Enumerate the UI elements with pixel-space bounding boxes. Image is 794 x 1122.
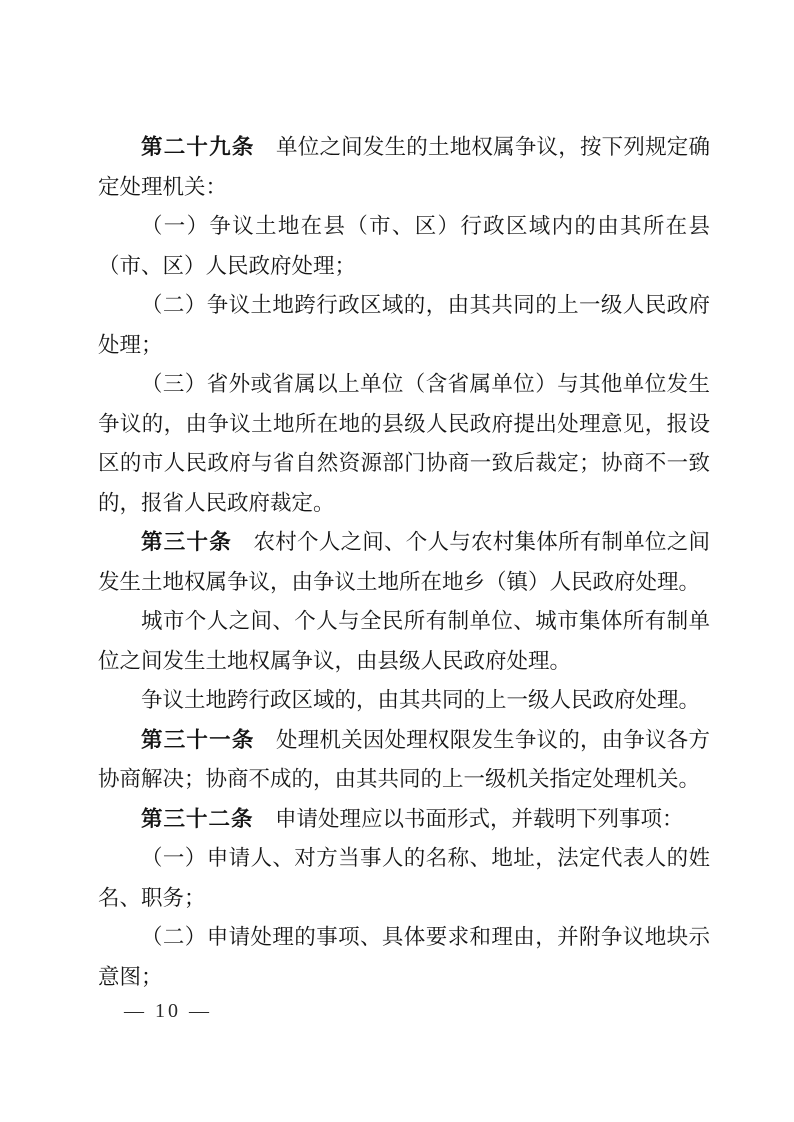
paragraph-text: （一）争议土地在县（市、区）行政区域内的由其所在县（市、区）人民政府处理； bbox=[98, 214, 710, 278]
paragraph-text: （一）申请人、对方当事人的名称、地址，法定代表人的姓名、职务； bbox=[98, 846, 710, 910]
article-number: 第二十九条 bbox=[141, 135, 255, 159]
paragraph-item-2b: （二）申请处理的事项、具体要求和理由，并附争议地块示意图； bbox=[98, 918, 710, 997]
paragraph-text: （二）申请处理的事项、具体要求和理由，并附争议地块示意图； bbox=[98, 925, 710, 989]
paragraph-article-29: 第二十九条单位之间发生的土地权属争议，按下列规定确定处理机关： bbox=[98, 128, 710, 207]
article-number: 第三十一条 bbox=[141, 728, 255, 752]
document-page: 第二十九条单位之间发生的土地权属争议，按下列规定确定处理机关： （一）争议土地在… bbox=[0, 0, 794, 1122]
article-number: 第三十二条 bbox=[141, 807, 254, 831]
paragraph-article-31: 第三十一条处理机关因处理权限发生争议的，由争议各方协商解决；协商不成的，由其共同… bbox=[98, 721, 710, 800]
page-number: — 10 — bbox=[124, 998, 212, 1024]
paragraph-text: （三）省外或省属以上单位（含省属单位）与其他单位发生争议的，由争议土地所在地的县… bbox=[98, 372, 710, 515]
document-body: 第二十九条单位之间发生的土地权属争议，按下列规定确定处理机关： （一）争议土地在… bbox=[98, 128, 710, 997]
paragraph-item-3: （三）省外或省属以上单位（含省属单位）与其他单位发生争议的，由争议土地所在地的县… bbox=[98, 365, 710, 523]
paragraph-text: 争议土地跨行政区域的，由其共同的上一级人民政府处理。 bbox=[141, 688, 700, 712]
paragraph-item-1: （一）争议土地在县（市、区）行政区域内的由其所在县（市、区）人民政府处理； bbox=[98, 207, 710, 286]
paragraph-text: 城市个人之间、个人与全民所有制单位、城市集体所有制单位之间发生土地权属争议，由县… bbox=[98, 609, 710, 673]
paragraph-text: （二）争议土地跨行政区域的，由其共同的上一级人民政府处理； bbox=[98, 293, 710, 357]
paragraph-article-32: 第三十二条申请处理应以书面形式，并载明下列事项： bbox=[98, 800, 710, 840]
paragraph-item-1b: （一）申请人、对方当事人的名称、地址，法定代表人的姓名、职务； bbox=[98, 839, 710, 918]
paragraph-article-30-3: 争议土地跨行政区域的，由其共同的上一级人民政府处理。 bbox=[98, 681, 710, 721]
paragraph-item-2: （二）争议土地跨行政区域的，由其共同的上一级人民政府处理； bbox=[98, 286, 710, 365]
paragraph-text: 申请处理应以书面形式，并载明下列事项： bbox=[275, 807, 684, 831]
article-number: 第三十条 bbox=[141, 530, 232, 554]
paragraph-article-30-2: 城市个人之间、个人与全民所有制单位、城市集体所有制单位之间发生土地权属争议，由县… bbox=[98, 602, 710, 681]
paragraph-article-30: 第三十条农村个人之间、个人与农村集体所有制单位之间发生土地权属争议，由争议土地所… bbox=[98, 523, 710, 602]
